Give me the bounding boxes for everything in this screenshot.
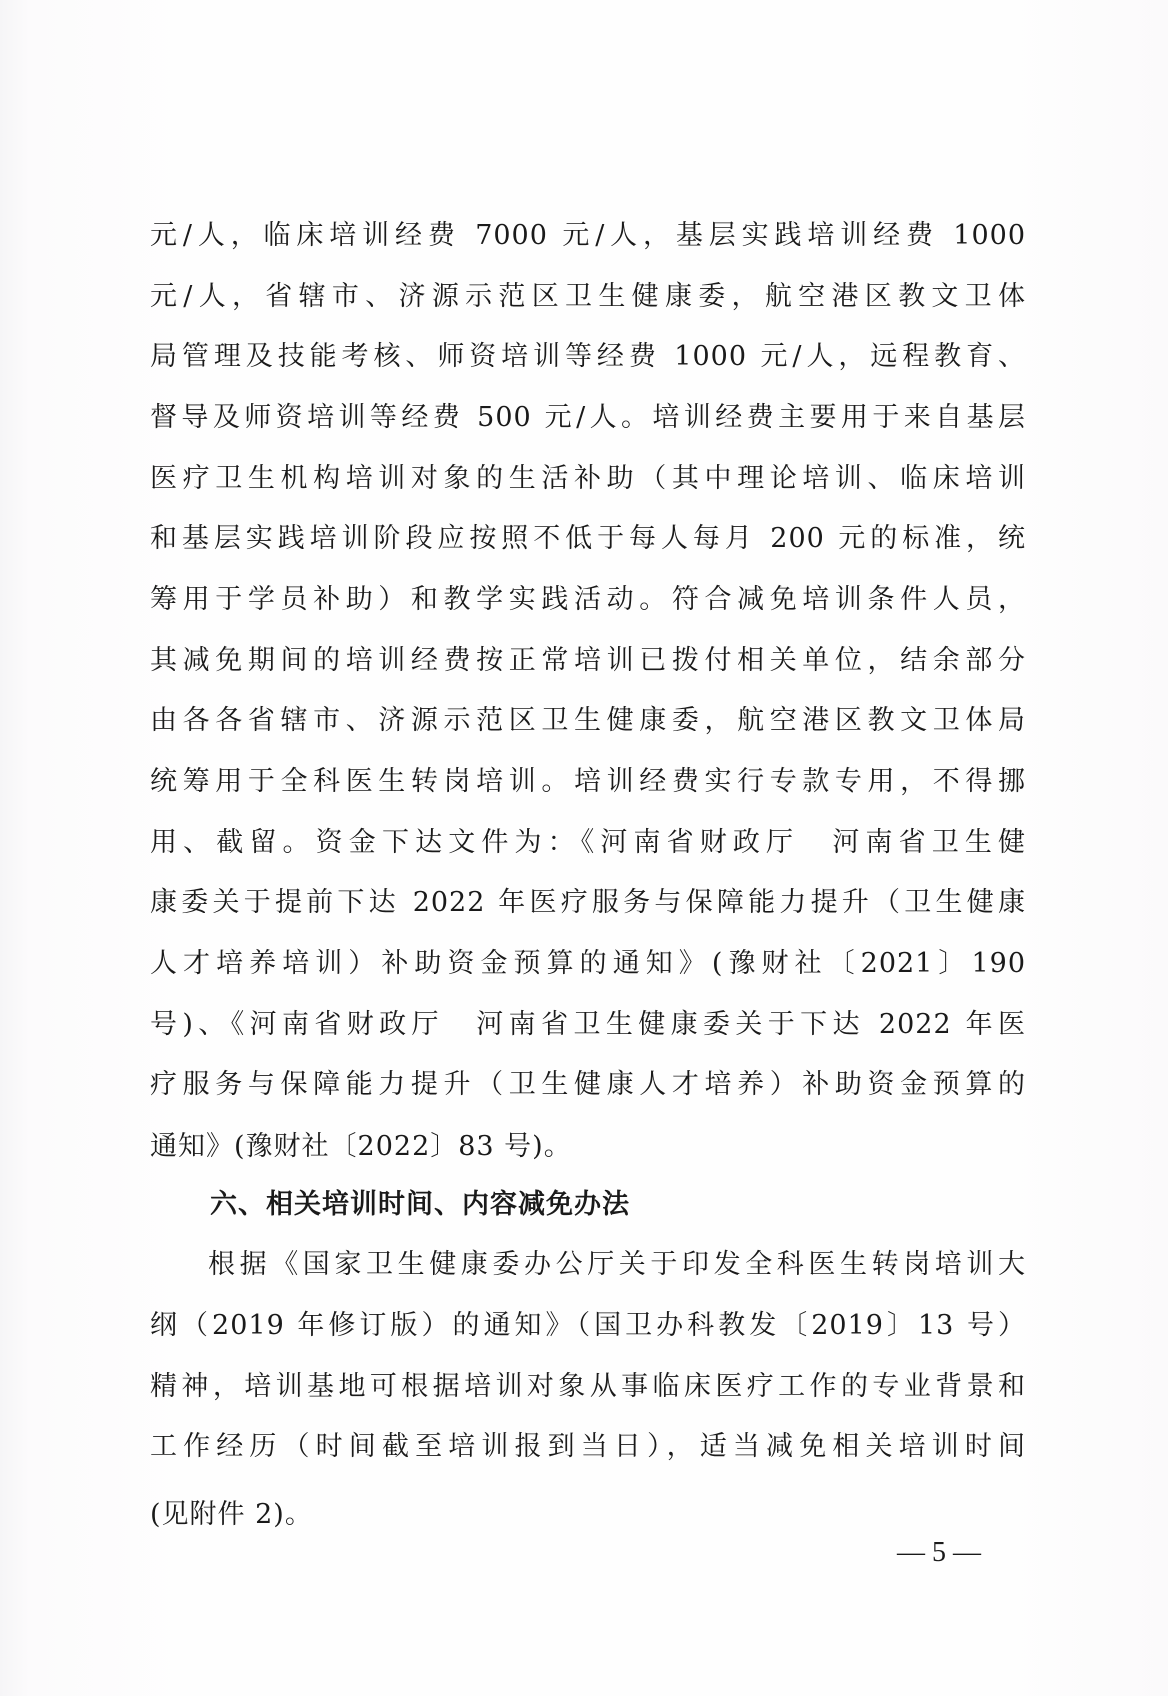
body-line: 纲（2019 年修订版）的通知》（国卫办科教发〔2019〕13 号）: [150, 1306, 1026, 1346]
section-heading: 六、相关培训时间、内容减免办法: [210, 1185, 630, 1225]
document-page: 元/人，临床培训经费 7000 元/人，基层实践培训经费 1000 元/人，省辖…: [0, 0, 1168, 1696]
body-line: 康委关于提前下达 2022 年医疗服务与保障能力提升（卫生健康: [150, 883, 1026, 923]
body-line: 元/人，省辖市、济源示范区卫生健康委，航空港区教文卫体: [150, 277, 1026, 317]
body-line: 由各各省辖市、济源示范区卫生健康委，航空港区教文卫体局: [150, 701, 1026, 741]
page-number: — 5 —: [888, 1535, 990, 1571]
body-line: 元/人，临床培训经费 7000 元/人，基层实践培训经费 1000: [150, 216, 1026, 256]
body-line: 精神，培训基地可根据培训对象从事临床医疗工作的专业背景和: [150, 1367, 1026, 1407]
body-line: 督导及师资培训等经费 500 元/人。培训经费主要用于来自基层: [150, 398, 1026, 438]
body-line: 局管理及技能考核、师资培训等经费 1000 元/人，远程教育、: [150, 337, 1026, 377]
body-line: 通知》(豫财社〔2022〕83 号)。: [150, 1127, 1026, 1167]
body-line: 号)、《河南省财政厅 河南省卫生健康委关于下达 2022 年医: [150, 1005, 1026, 1045]
body-line: 统筹用于全科医生转岗培训。培训经费实行专款专用，不得挪: [150, 762, 1026, 802]
body-line: 医疗卫生机构培训对象的生活补助（其中理论培训、临床培训: [150, 459, 1026, 499]
body-line: 用、截留。资金下达文件为：《河南省财政厅 河南省卫生健: [150, 823, 1026, 863]
body-line: 筹用于学员补助）和教学实践活动。符合减免培训条件人员，: [150, 580, 1026, 620]
body-line: 疗服务与保障能力提升（卫生健康人才培养）补助资金预算的: [150, 1065, 1026, 1105]
body-line: 工作经历（时间截至培训报到当日），适当减免相关培训时间: [150, 1427, 1026, 1467]
body-line: 人才培养培训）补助资金预算的通知》(豫财社〔2021〕190: [150, 944, 1026, 984]
body-line: 和基层实践培训阶段应按照不低于每人每月 200 元的标准，统: [150, 519, 1026, 559]
body-line: 根据《国家卫生健康委办公厅关于印发全科医生转岗培训大: [208, 1245, 1026, 1285]
body-line: (见附件 2)。: [150, 1495, 1026, 1535]
body-line: 其减免期间的培训经费按正常培训已拨付相关单位，结余部分: [150, 641, 1026, 681]
